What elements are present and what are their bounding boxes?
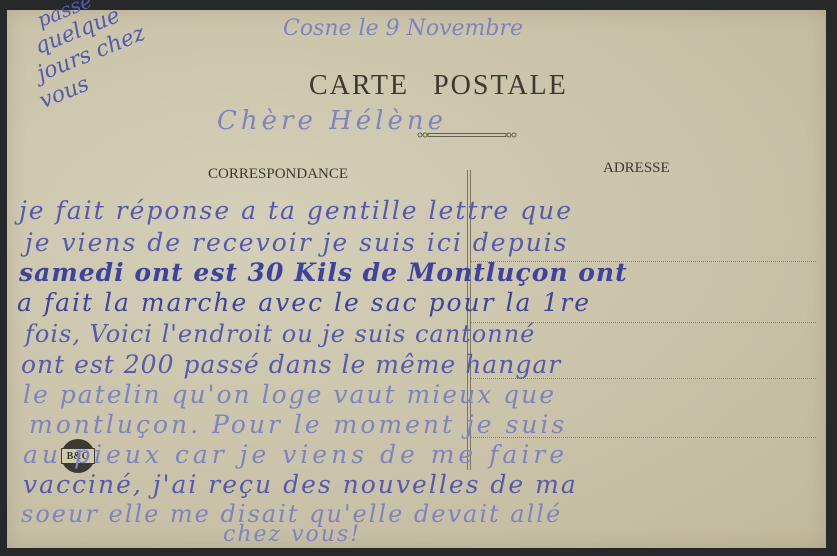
letter-line: a fait la marche avec le sac pour la 1re (17, 288, 591, 317)
letter-line: montluçon. Pour le moment je suis (29, 410, 567, 439)
correspondance-heading: CORRESPONDANCE (208, 166, 348, 183)
adresse-heading: ADRESSE (603, 160, 670, 177)
letter-line: je viens de recevoir je suis ici depuis (25, 228, 569, 257)
letter-line: ont est 200 passé dans le même hangar (21, 350, 561, 379)
letter-line: fois, Voici l'endroit ou je suis cantonn… (25, 320, 535, 348)
title-word-postale: POSTALE (433, 70, 568, 101)
letter-line: au pieux car je viens de me faire (23, 440, 568, 469)
letter-line: je fait réponse a ta gentille lettre que (19, 196, 573, 225)
title-word-carte: CARTE (309, 70, 409, 101)
letter-line: le patelin qu'on loge vaut mieux que (23, 380, 556, 409)
card-title: CARTEPOSTALE (309, 70, 592, 102)
letter-line: vacciné, j'ai reçu des nouvelles de ma (23, 470, 578, 499)
postcard-back: CARTEPOSTALE CORRESPONDANCE ADRESSE B&G … (7, 10, 826, 548)
letter-line: samedi ont est 30 Kils de Montluçon ont (19, 258, 628, 287)
place-date: Cosne le 9 Novembre (283, 16, 523, 41)
salutation: Chère Hélène (217, 106, 447, 136)
margin-note: passe quelque jours chez vous (13, 0, 157, 113)
letter-line: chez vous! (223, 522, 361, 547)
